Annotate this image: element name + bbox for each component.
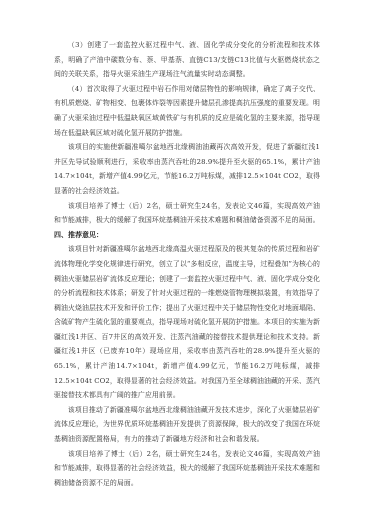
paragraph-recommendation-impact: 该项目推动了新疆准噶尔盆地西北缘稠油油藏开发技术进步，深化了火驱储层岩矿流体反应… [54,403,320,447]
paragraph-implementation-results: 该项目的实施使新疆准噶尔盆地西北缘稠油油藏再次高效开发，促进了新疆红浅1井区先导… [54,140,320,198]
paragraph-item-4: （4）首次取得了火驱过程中岩石作用对储层物性的影响规律，确定了离子交代、有机质燃… [54,82,320,140]
paragraph-recommendation-summary: 该项目针对新疆准噶尔盆地西北缘高温火驱过程原及的极其复杂的传质过程和岩矿流体物理… [54,242,320,403]
section-heading-recommendation: 四、推荐意见： [54,228,320,243]
document-page: （3）创建了一套监控火驱过程中气、液、固化学成分变化的分析流程和技术体系，明确了… [54,38,320,490]
paragraph-talent-output: 该项目培养了博士（后）2名，硕士研究生24名，发表论文46篇，实现高效产油和节能… [54,199,320,228]
paragraph-recommendation-talent: 该项目培养了博士（后）2名，硕士研究生24名，发表论文46篇，实现高效产油和节能… [54,447,320,491]
paragraph-item-3: （3）创建了一套监控火驱过程中气、液、固化学成分变化的分析流程和技术体系，明确了… [54,38,320,82]
